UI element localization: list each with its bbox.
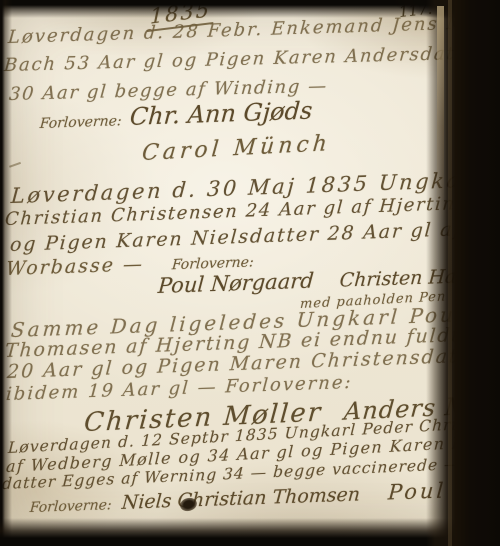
entry4-witness-label: Forloverne: (29, 497, 112, 516)
entry2-signature-1: Poul Nørgaard (157, 269, 314, 299)
register-page-photo: 1835 117. Løverdagen d. 28 Febr. Enkeman… (0, 0, 500, 546)
entry4-signature-2: Poul Bay (387, 476, 500, 504)
entry1-witness-label: Forloverne: (39, 113, 122, 132)
